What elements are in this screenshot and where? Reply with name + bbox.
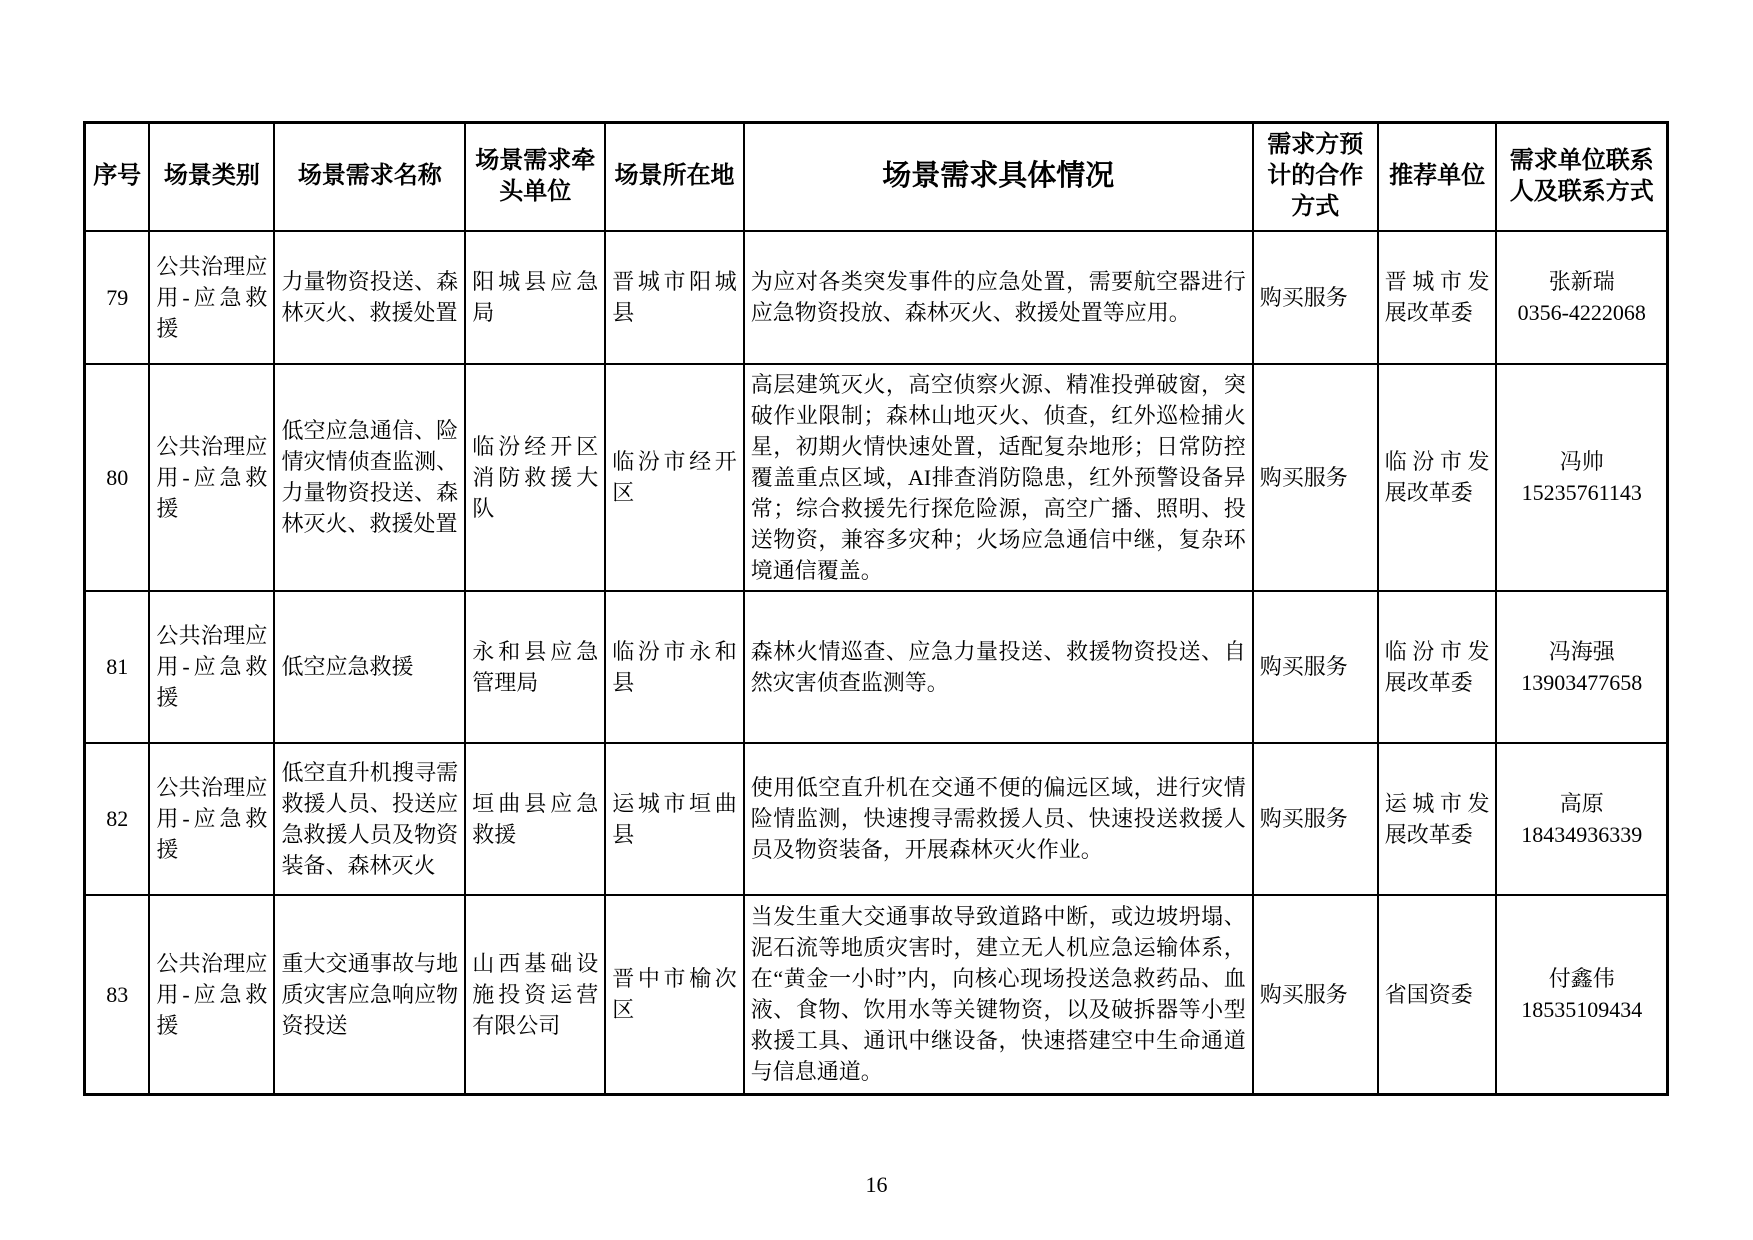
contact-phone: 15235761143 [1503,477,1660,508]
cell-recommender: 临汾市发展改革委 [1378,364,1497,591]
header-lead-unit: 场景需求牵头单位 [465,123,605,231]
cell-recommender: 晋城市发展改革委 [1378,231,1497,364]
cell-demand-name: 低空应急救援 [274,591,465,743]
cell-contact: 高原 18434936339 [1496,743,1667,895]
cell-cooperation: 购买服务 [1253,743,1378,895]
cell-cooperation: 购买服务 [1253,364,1378,591]
cell-recommender: 临汾市发展改革委 [1378,591,1497,743]
table-row: 81 公共治理应用-应急救援 低空应急救援 永和县应急管理局 临汾市永和县 森林… [85,591,1668,743]
cell-seq: 81 [85,591,150,743]
header-recommender: 推荐单位 [1378,123,1497,231]
page-number: 16 [0,1172,1753,1198]
cell-details: 森林火情巡查、应急力量投送、救援物资投送、自然灾害侦查监测等。 [744,591,1253,743]
cell-details: 当发生重大交通事故导致道路中断，或边坡坍塌、泥石流等地质灾害时，建立无人机应急运… [744,895,1253,1095]
cell-location: 晋城市阳城县 [605,231,744,364]
cell-contact: 张新瑞 0356-4222068 [1496,231,1667,364]
contact-phone: 0356-4222068 [1503,297,1660,328]
table-row: 83 公共治理应用-应急救援 重大交通事故与地质灾害应急响应物资投送 山西基础设… [85,895,1668,1095]
contact-name: 冯海强 [1503,636,1660,667]
cell-recommender: 运城市发展改革委 [1378,743,1497,895]
cell-lead-unit: 山西基础设施投资运营有限公司 [465,895,605,1095]
header-details: 场景需求具体情况 [744,123,1253,231]
cell-location: 临汾市永和县 [605,591,744,743]
cell-seq: 83 [85,895,150,1095]
cell-category: 公共治理应用-应急救援 [149,591,274,743]
cell-demand-name: 力量物资投送、森林灭火、救援处置 [274,231,465,364]
cell-lead-unit: 阳城县应急局 [465,231,605,364]
header-seq: 序号 [85,123,150,231]
table-row: 82 公共治理应用-应急救援 低空直升机搜寻需救援人员、投送应急救援人员及物资装… [85,743,1668,895]
cell-demand-name: 低空应急通信、险情灾情侦查监测、力量物资投送、森林灭火、救援处置 [274,364,465,591]
contact-name: 付鑫伟 [1503,963,1660,994]
table-body: 79 公共治理应用-应急救援 力量物资投送、森林灭火、救援处置 阳城县应急局 晋… [85,231,1668,1095]
cell-demand-name: 低空直升机搜寻需救援人员、投送应急救援人员及物资装备、森林灭火 [274,743,465,895]
contact-name: 高原 [1503,788,1660,819]
cell-lead-unit: 永和县应急管理局 [465,591,605,743]
cell-details: 高层建筑灭火，高空侦察火源、精准投弹破窗，突破作业限制；森林山地灭火、侦查，红外… [744,364,1253,591]
table-row: 80 公共治理应用-应急救援 低空应急通信、险情灾情侦查监测、力量物资投送、森林… [85,364,1668,591]
cell-recommender: 省国资委 [1378,895,1497,1095]
cell-category: 公共治理应用-应急救援 [149,743,274,895]
cell-cooperation: 购买服务 [1253,895,1378,1095]
cell-lead-unit: 临汾经开区消防救援大队 [465,364,605,591]
cell-location: 临汾市经开区 [605,364,744,591]
cell-location: 晋中市榆次区 [605,895,744,1095]
cell-category: 公共治理应用-应急救援 [149,895,274,1095]
cell-cooperation: 购买服务 [1253,231,1378,364]
cell-contact: 付鑫伟 18535109434 [1496,895,1667,1095]
contact-phone: 18434936339 [1503,819,1660,850]
cell-seq: 80 [85,364,150,591]
cell-category: 公共治理应用-应急救援 [149,231,274,364]
header-cooperation: 需求方预计的合作方式 [1253,123,1378,231]
cell-contact: 冯海强 13903477658 [1496,591,1667,743]
contact-name: 张新瑞 [1503,266,1660,297]
header-demand-name: 场景需求名称 [274,123,465,231]
contact-name: 冯帅 [1503,446,1660,477]
cell-category: 公共治理应用-应急救援 [149,364,274,591]
cell-location: 运城市垣曲县 [605,743,744,895]
scene-demand-table: 序号 场景类别 场景需求名称 场景需求牵头单位 场景所在地 场景需求具体情况 需… [83,121,1669,1096]
cell-details: 使用低空直升机在交通不便的偏远区域，进行灾情险情监测，快速搜寻需救援人员、快速投… [744,743,1253,895]
contact-phone: 18535109434 [1503,994,1660,1025]
cell-seq: 82 [85,743,150,895]
table-row: 79 公共治理应用-应急救援 力量物资投送、森林灭火、救援处置 阳城县应急局 晋… [85,231,1668,364]
header-location: 场景所在地 [605,123,744,231]
cell-contact: 冯帅 15235761143 [1496,364,1667,591]
cell-demand-name: 重大交通事故与地质灾害应急响应物资投送 [274,895,465,1095]
cell-details: 为应对各类突发事件的应急处置，需要航空器进行应急物资投放、森林灭火、救援处置等应… [744,231,1253,364]
document-page: 序号 场景类别 场景需求名称 场景需求牵头单位 场景所在地 场景需求具体情况 需… [0,0,1753,1240]
contact-phone: 13903477658 [1503,667,1660,698]
table-header-row: 序号 场景类别 场景需求名称 场景需求牵头单位 场景所在地 场景需求具体情况 需… [85,123,1668,231]
header-category: 场景类别 [149,123,274,231]
header-contact: 需求单位联系人及联系方式 [1496,123,1667,231]
cell-lead-unit: 垣曲县应急救援 [465,743,605,895]
cell-cooperation: 购买服务 [1253,591,1378,743]
cell-seq: 79 [85,231,150,364]
